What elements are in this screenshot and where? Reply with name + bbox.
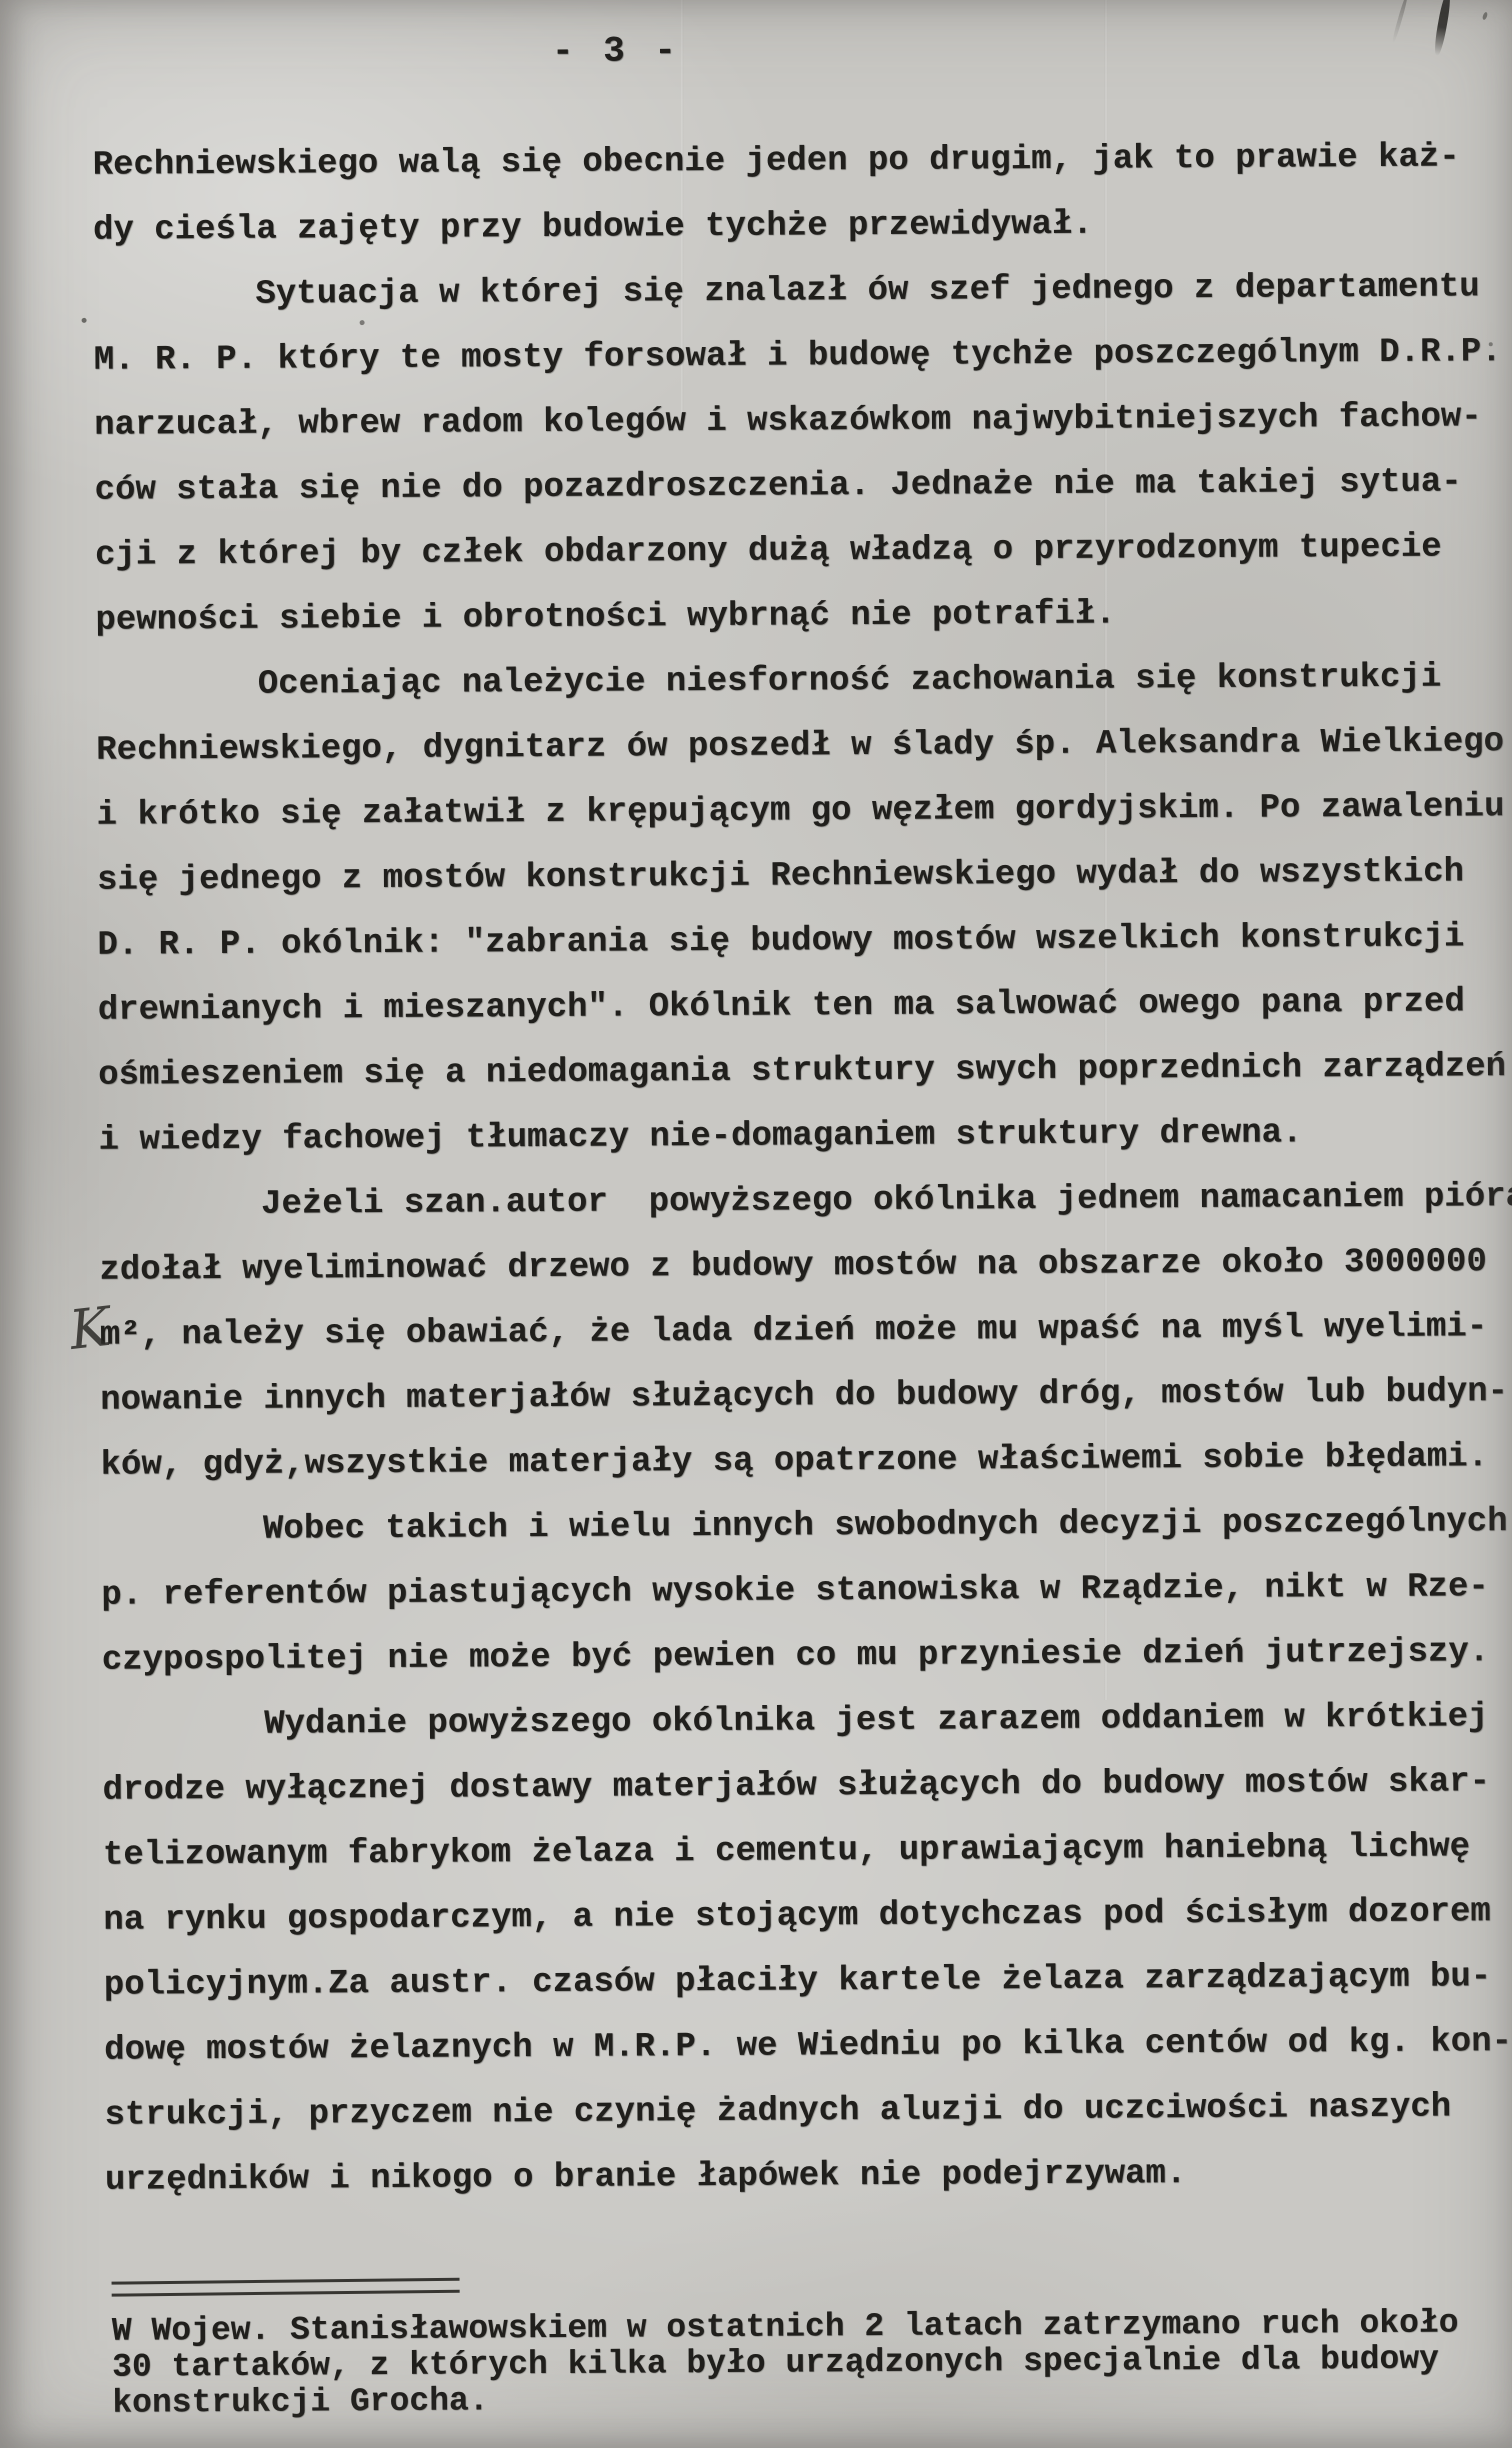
text-line: cji z której by człek obdarzony dużą wła… bbox=[95, 515, 1503, 589]
ink-speck bbox=[1489, 342, 1493, 346]
text-line: Sytuacja w której się znalazł ów szef je… bbox=[93, 255, 1501, 329]
text-line: i krótko się załatwił z krępującym go wę… bbox=[96, 775, 1504, 849]
document-body-text: Rechniewskiego walą się obecnie jeden po… bbox=[92, 125, 1512, 2214]
text-line: konstrukcji Grocha. bbox=[112, 2377, 1512, 2422]
text-line: narzucał, wbrew radom kolegów i wskazówk… bbox=[94, 385, 1502, 459]
text-line: Rechniewskiego walą się obecnie jeden po… bbox=[92, 125, 1500, 199]
text-line: m², należy się obawiać, że lada dzień mo… bbox=[100, 1295, 1508, 1369]
scanned-document-page: - 3 - Rechniewskiego walą się obecnie je… bbox=[0, 0, 1512, 2448]
document-content: - 3 - Rechniewskiego walą się obecnie je… bbox=[0, 0, 1512, 2448]
ink-speck bbox=[82, 318, 87, 323]
handwritten-margin-annotation: K bbox=[66, 1295, 113, 1362]
text-line: Jeżeli szan.autor powyższego okólnika je… bbox=[99, 1165, 1507, 1239]
text-line: nowanie innych materjałów służących do b… bbox=[100, 1360, 1508, 1434]
text-line: i wiedzy fachowej tłumaczy nie-domaganie… bbox=[98, 1100, 1506, 1174]
text-line: urzędników i nikogo o branie łapówek nie… bbox=[105, 2140, 1512, 2214]
text-line: p. referentów piastujących wysokie stano… bbox=[101, 1555, 1509, 1629]
text-line: dy cieśla zajęty przy budowie tychże prz… bbox=[93, 190, 1501, 264]
text-line: M. R. P. który te mosty forsował i budow… bbox=[94, 320, 1502, 394]
ink-speck bbox=[360, 320, 365, 325]
text-line: strukcji, przyczem nie czynię żadnych al… bbox=[104, 2075, 1512, 2149]
text-line: Rechniewskiego, dygnitarz ów poszedł w ś… bbox=[96, 710, 1504, 784]
text-line: ców stała się nie do pozazdroszczenia. J… bbox=[94, 450, 1502, 524]
text-line: dowę mostów żelaznych w M.R.P. we Wiedni… bbox=[104, 2010, 1512, 2084]
text-line: D. R. P. okólnik: "zabrania się budowy m… bbox=[97, 905, 1505, 979]
text-line: czypospolitej nie może być pewien co mu … bbox=[102, 1620, 1510, 1694]
text-line: drodze wyłącznej dostawy materjałów służ… bbox=[102, 1750, 1510, 1824]
text-line: policyjnym.Za austr. czasów płaciły kart… bbox=[104, 1945, 1512, 2019]
text-line: pewności siebie i obrotności wybrnąć nie… bbox=[95, 580, 1503, 654]
text-line: na rynku gospodarczym, a nie stojącym do… bbox=[103, 1880, 1511, 1954]
text-line: się jednego z mostów konstrukcji Rechnie… bbox=[97, 840, 1505, 914]
footnote-text: W Wojew. Stanisławowskiem w ostatnich 2 … bbox=[112, 2305, 1512, 2422]
text-line: Wobec takich i wielu innych swobodnych d… bbox=[101, 1490, 1509, 1564]
text-line: ków, gdyż,wszystkie materjały są opatrzo… bbox=[100, 1425, 1508, 1499]
page-number: - 3 - bbox=[552, 30, 680, 72]
text-line: Oceniając należycie niesforność zachowan… bbox=[96, 645, 1504, 719]
text-line: zdołał wyeliminować drzewo z budowy most… bbox=[99, 1230, 1507, 1304]
text-line: drewnianych i mieszanych". Okólnik ten m… bbox=[98, 970, 1506, 1044]
text-line: ośmieszeniem się a niedomagania struktur… bbox=[98, 1035, 1506, 1109]
text-line: Wydanie powyższego okólnika jest zarazem… bbox=[102, 1685, 1510, 1759]
text-line: telizowanym fabrykom żelaza i cementu, u… bbox=[103, 1815, 1511, 1889]
footnote-separator-rule bbox=[112, 2278, 460, 2297]
